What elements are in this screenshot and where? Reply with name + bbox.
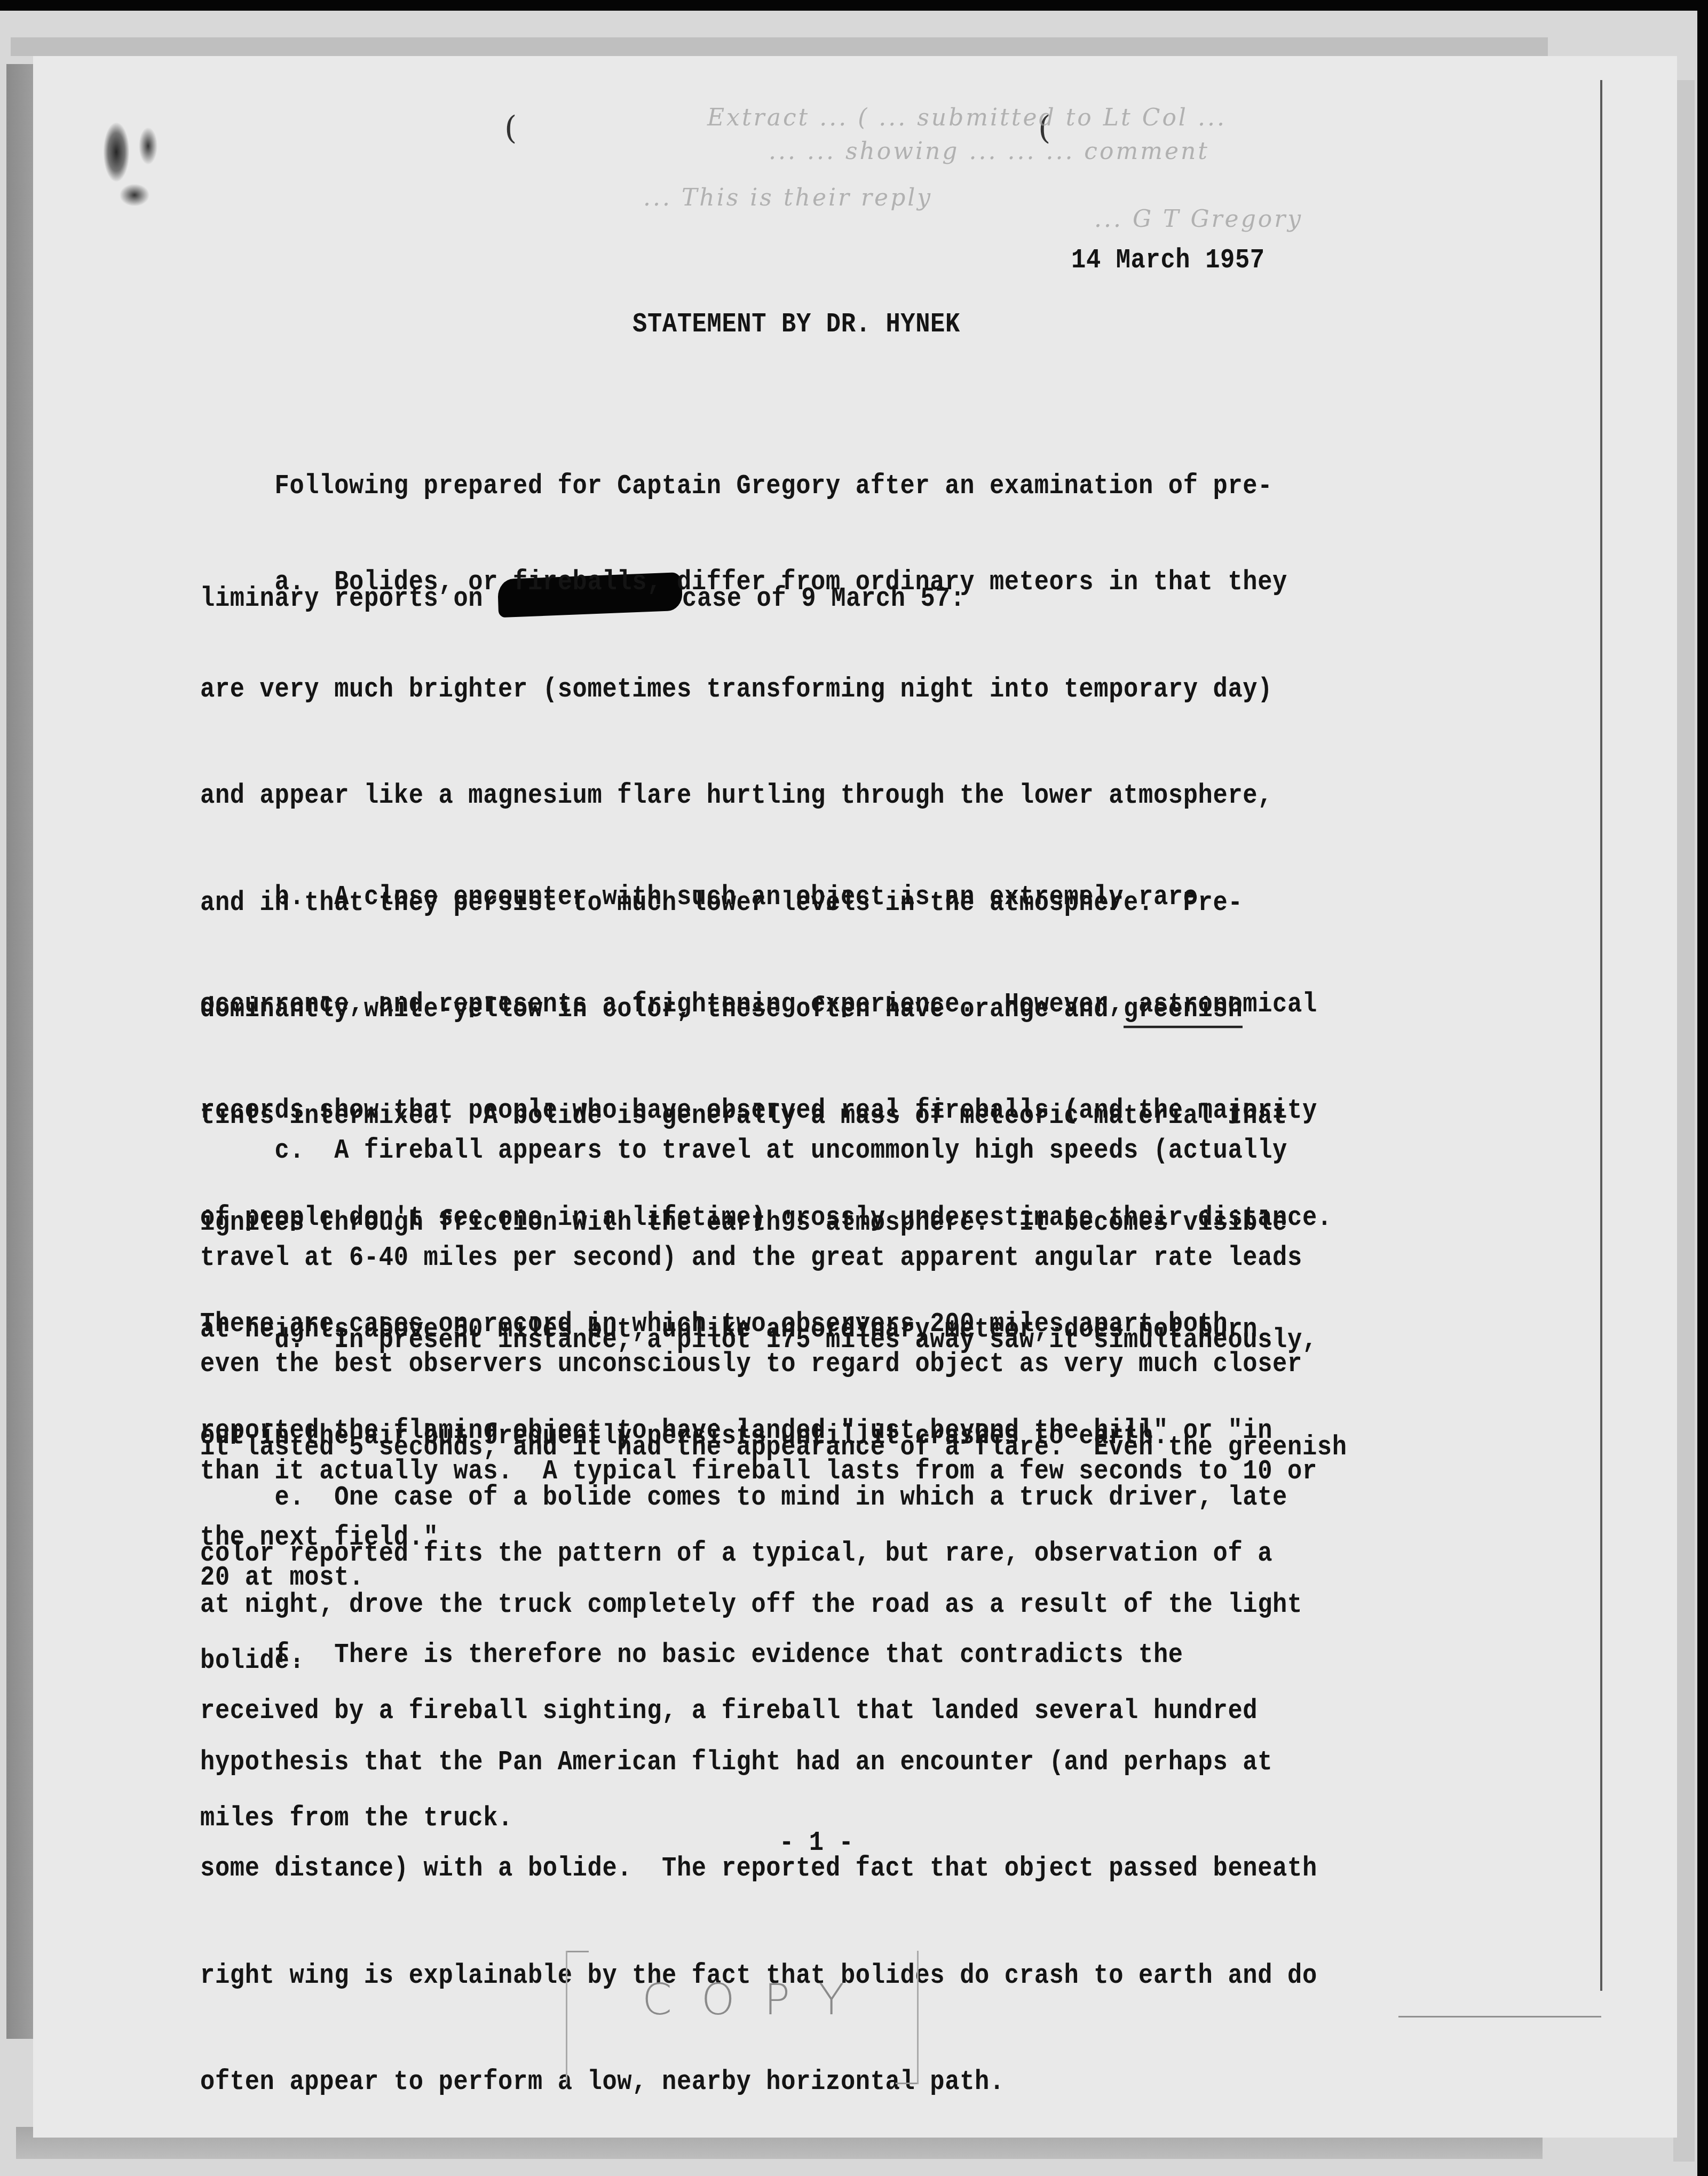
handwritten-note: ... This is their reply (643, 184, 932, 211)
scan-shadow-left (6, 64, 33, 2039)
document-title: STATEMENT BY DR. HYNEK (632, 307, 960, 343)
paragraph-line: b. A close encounter with such an object… (200, 880, 1332, 915)
paragraph-line: f. There is therefore no basic evidence … (200, 1637, 1317, 1673)
paragraph-line: a. Bolides, or fireballs, differ from or… (200, 565, 1287, 600)
paragraph-line: some distance) with a bolide. The report… (200, 1851, 1317, 1887)
ink-blot-mark (80, 91, 171, 213)
margin-line-bottom (1398, 2016, 1601, 2017)
handwritten-signature: ... G T Gregory (1094, 205, 1303, 233)
scan-shadow-top (11, 37, 1548, 56)
scan-border-right (1697, 0, 1708, 2176)
document-date: 14 March 1957 (1071, 243, 1265, 279)
paragraph-line: e. One case of a bolide comes to mind in… (200, 1480, 1302, 1516)
paragraph-line: hypothesis that the Pan American flight … (200, 1744, 1317, 1780)
paragraph-line: c. A fireball appears to travel at uncom… (200, 1133, 1317, 1169)
paragraph-line: occurrence, and represents a frightening… (200, 986, 1332, 1022)
paragraph-line: are very much brighter (sometimes transf… (200, 671, 1287, 707)
copy-stamp: COPY (566, 1951, 919, 2084)
handwritten-bracket: ( (504, 109, 517, 147)
copy-stamp-text: COPY (642, 1975, 874, 2024)
handwritten-note: ... ... showing ... ... ... comment (769, 138, 1209, 165)
paragraph-line: d. In present instance, a pilot 175 mile… (200, 1323, 1347, 1358)
page-number: - 1 - (779, 1825, 854, 1861)
margin-line (1600, 80, 1602, 1991)
handwritten-note: Extract ... ( ... submitted to Lt Col ..… (707, 104, 1227, 131)
